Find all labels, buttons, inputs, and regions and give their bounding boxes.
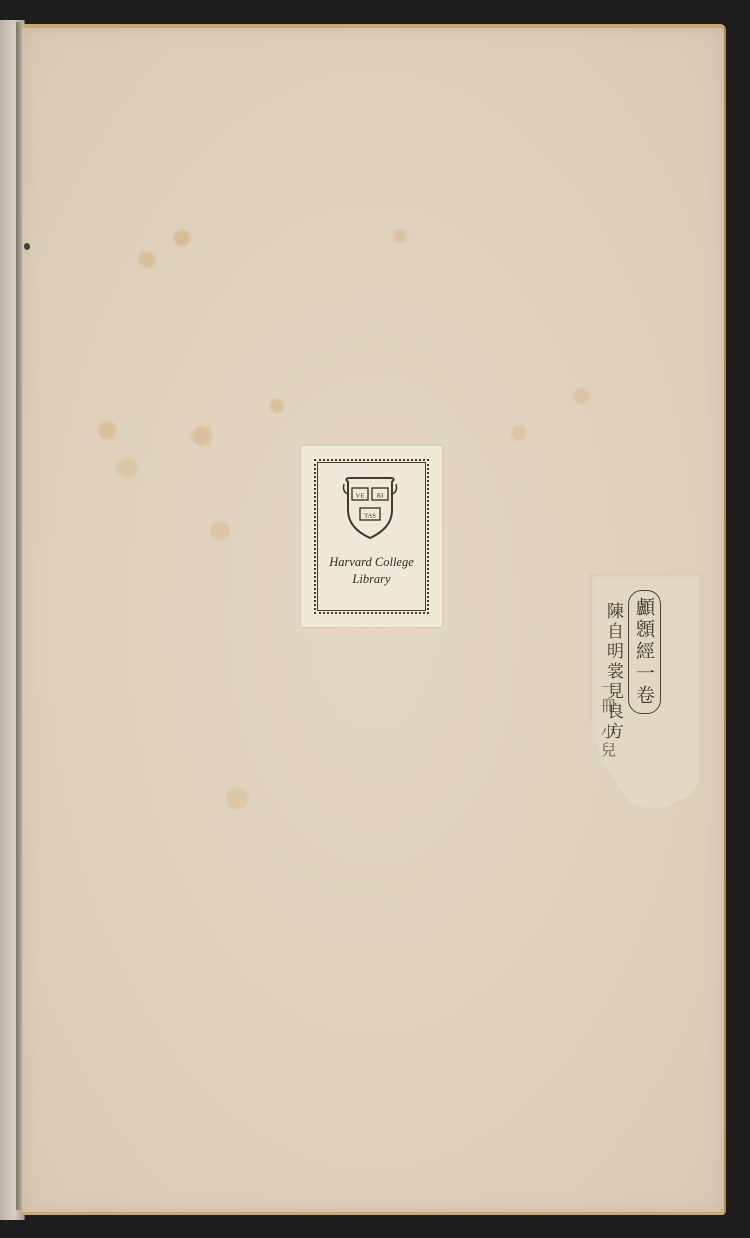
svg-text:TAS: TAS: [364, 513, 376, 520]
svg-text:RI: RI: [377, 493, 384, 500]
veritas-shield-icon: VE RI TAS: [342, 476, 398, 540]
bookplate-line-1: Harvard College: [301, 554, 442, 571]
bookplate-caption: Harvard College Library: [301, 554, 442, 588]
svg-text:VE: VE: [356, 493, 365, 500]
scanned-page-view: VE RI TAS Harvard College Library 顱顖經一卷 …: [0, 0, 750, 1238]
bookplate-line-2: Library: [301, 571, 442, 588]
label-note-column: 一冊 小兒: [598, 680, 619, 760]
harvard-bookplate: VE RI TAS Harvard College Library: [301, 446, 442, 627]
label-title-column: 顱顖經一卷: [628, 590, 661, 714]
ink-speck: [24, 243, 30, 250]
